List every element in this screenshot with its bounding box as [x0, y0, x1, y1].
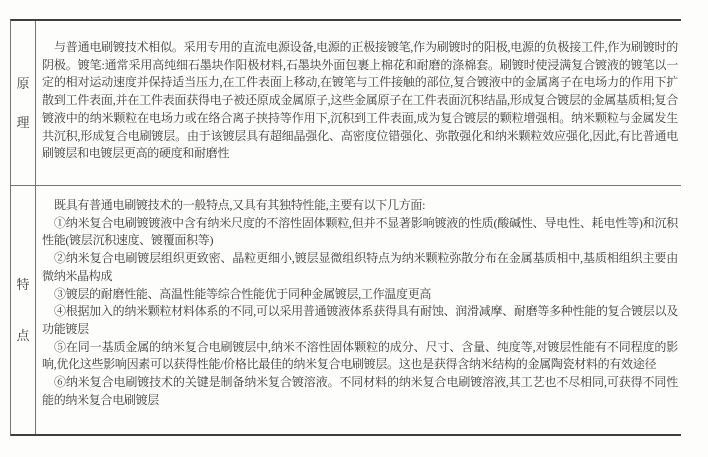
spec-table: 原理与普通电刷镀技术相似。采用专用的直流电源设备,电源的正极接镀笔,作为刷镀时的… [10, 19, 681, 436]
row-header-char: 点 [16, 329, 29, 342]
paragraph: ⑤在同一基质金属的纳米复合电刷镀层中,纳米不溶性固体颗粒的成分、尺寸、含量、纯度… [42, 339, 678, 374]
row-header-char: 原 [16, 77, 29, 90]
paragraph: ④根据加入的纳米颗粒材料体系的不同,可以采用普通镀液体系获得具有耐蚀、润滑减摩、… [42, 303, 678, 338]
paragraph: ①纳米复合电刷镀镀液中含有纳米尺度的不溶性固体颗粒,但并不显著影响镀液的性质(酸… [42, 215, 678, 250]
row-content-principle: 与普通电刷镀技术相似。采用专用的直流电源设备,电源的正极接镀笔,作为刷镀时的阳极… [36, 21, 681, 185]
row-header-char: 理 [16, 116, 29, 129]
row-header-principle: 原理 [11, 21, 36, 185]
row-header-char: 特 [16, 278, 29, 291]
paragraph: ③镀层的耐磨性能、高温性能等综合性能优于同种金属镀层,工作温度更高 [42, 286, 678, 304]
paragraph: 既具有普通电刷镀技术的一般特点,又具有其独特性能,主要有以下几方面: [42, 197, 678, 215]
table-row-features: 特点既具有普通电刷镀技术的一般特点,又具有其独特性能,主要有以下几方面:①纳米复… [11, 185, 681, 434]
paragraph: ②纳米复合电刷镀层组织更致密、晶粒更细小,镀层显微组织特点为纳米颗粒弥散分布在金… [42, 250, 678, 285]
paragraph: 与普通电刷镀技术相似。采用专用的直流电源设备,电源的正极接镀笔,作为刷镀时的阳极… [42, 39, 678, 163]
table-row-principle: 原理与普通电刷镀技术相似。采用专用的直流电源设备,电源的正极接镀笔,作为刷镀时的… [11, 21, 681, 185]
row-content-features: 既具有普通电刷镀技术的一般特点,又具有其独特性能,主要有以下几方面:①纳米复合电… [36, 186, 681, 434]
paragraph: ⑥纳米复合电刷镀技术的关键是制备纳米复合镀溶液。不同材料的纳米复合电刷镀溶液,其… [42, 374, 678, 409]
row-header-features: 特点 [11, 186, 36, 434]
